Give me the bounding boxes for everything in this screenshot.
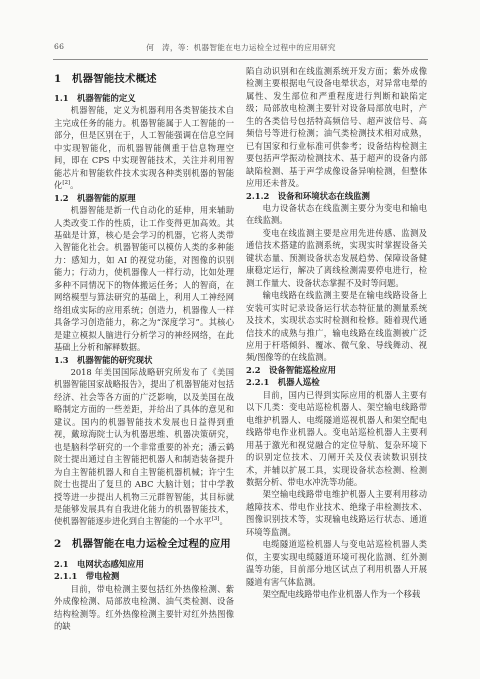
paragraph-substation-monitoring: 变电在线监测主要是应用先进传感、监测及通信技术搭建的监测系统，实现实时掌握设备关… [246, 227, 427, 289]
paragraph-cable-tunnel-robot: 电缆隧道巡检机器人与变电站巡检机器人类似，主要实现电缆隧道环境可视化监测、红外测… [246, 538, 427, 588]
section-2-2-1-heading: 2.2.1 机器人巡检 [246, 376, 427, 388]
paragraph-research-status: 2018 年美国国际战略研究所发布了《美国机器智能国家战略报告》，提出了机器智能… [54, 366, 234, 528]
paragraph-robot-types: 目前，国内已得到实际应用的机器人主要有以下几类：变电站巡检机器人、架空输电线路带… [246, 389, 427, 489]
header-rule [53, 59, 428, 60]
paragraph-definition: 机器智能，定义为机器利用各类智能技术自主完成任务的能力。机器智能属于人工智能的一… [54, 104, 234, 191]
right-column: 陷自动识别和在线监测系统开发方面；紫外成像检测主要根据电气设备电晕状态，对异常电… [246, 65, 427, 600]
section-2-1-2-heading: 2.1.2 设备和环境状态在线监测 [246, 190, 427, 202]
paragraph-overhead-line-robot: 架空输电线路带电维护机器人主要利用移动越障技术、带电作业技术、绝缘子串检测技术、… [246, 488, 427, 538]
paragraph-live-detection-continued: 陷自动识别和在线监测系统开发方面；紫外成像检测主要根据电气设备电晕状态，对异常电… [246, 65, 427, 190]
left-column: 1 机器智能技术概述 1.1 机器智能的定义 机器智能，定义为机器利用各类智能技… [54, 70, 234, 633]
paragraph-distribution-robot: 架空配电线路带电作业机器人作为一个移载 [246, 588, 427, 600]
paragraph-principle: 机器智能是新一代自动化的延伸，用来辅助人类改变工作的性质，让工作变得更加高效。其… [54, 204, 234, 353]
section-1-heading: 1 机器智能技术概述 [54, 72, 234, 86]
section-1-2-heading: 1.2 机器智能的原理 [54, 192, 234, 204]
section-2-heading: 2 机器智能在电力运检全过程的应用 [54, 537, 234, 551]
paragraph-transmission-monitoring: 输电线路在线监测主要是在输电线路设备上安装可实时记录设备运行状态特征量的测量系统… [246, 289, 427, 364]
page-header: 66 何 涛，等：机器智能在电力运检全过程中的应用研究 [54, 42, 428, 54]
section-2-1-heading: 2.1 电网状态感知应用 [54, 558, 234, 570]
paragraph-live-detection: 目前，带电检测主要包括红外热像检测、紫外成像检测、局部放电检测、油气类检测、设备… [54, 583, 234, 633]
section-1-1-heading: 1.1 机器智能的定义 [54, 92, 234, 104]
section-2-2-heading: 2.2 设备智能巡检应用 [246, 364, 427, 376]
running-title: 何 涛，等：机器智能在电力运检全过程中的应用研究 [54, 42, 428, 53]
paragraph-online-monitoring-intro: 电力设备状态在线监测主要分为变电和输电在线监测。 [246, 202, 427, 227]
section-1-3-heading: 1.3 机器智能的研究现状 [54, 354, 234, 366]
section-2-1-1-heading: 2.1.1 带电检测 [54, 570, 234, 582]
